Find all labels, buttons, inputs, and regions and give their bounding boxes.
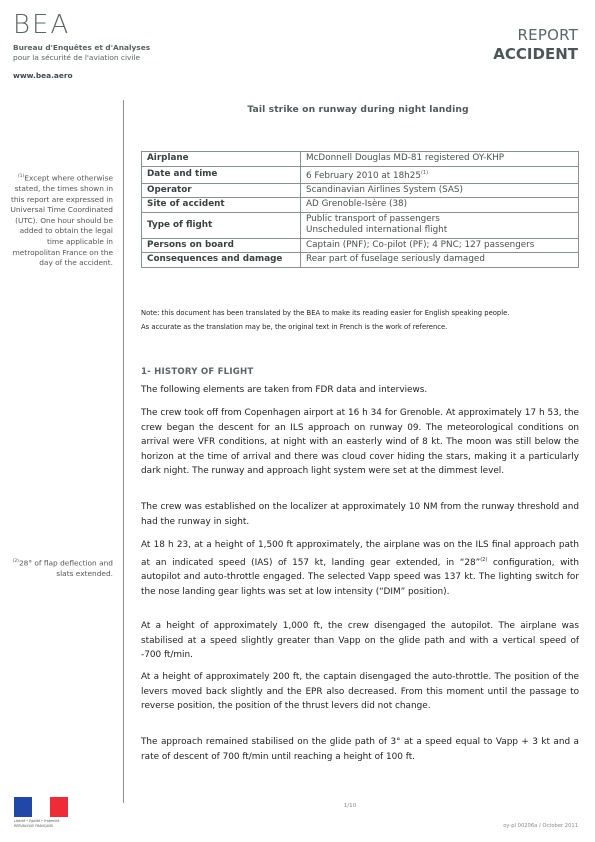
summary-table: Airplane McDonnell Douglas MD-81 registe… <box>141 151 579 268</box>
paragraph: The crew took off from Copenhagen airpor… <box>141 406 579 479</box>
paragraph: At 18 h 23, at a height of 1,500 ft appr… <box>141 538 579 599</box>
row-value: AD Grenoble-Isère (38) <box>301 198 579 213</box>
side-note-2: (2)28° of flap deflection and slats exte… <box>10 557 113 580</box>
website-link[interactable]: www.bea.aero <box>13 71 73 80</box>
table-row: Airplane McDonnell Douglas MD-81 registe… <box>142 152 579 167</box>
value-line-2: Unscheduled international flight <box>306 225 447 235</box>
document-title: Tail strike on runway during night landi… <box>138 104 578 115</box>
row-key: Operator <box>142 183 301 198</box>
paragraph: The following elements are taken from FD… <box>141 383 579 398</box>
report-type: ACCIDENT <box>493 45 578 63</box>
table-row: Consequences and damage Rear part of fus… <box>142 253 579 268</box>
row-value: 6 February 2010 at 18h25(1) <box>301 166 579 183</box>
row-key: Site of accident <box>142 198 301 213</box>
note-line-2: As accurate as the translation may be, t… <box>141 320 581 334</box>
flag-blue-band <box>14 797 32 817</box>
row-key: Date and time <box>142 166 301 183</box>
org-name: Bureau d'Enquêtes et d'Analyses <box>13 43 150 52</box>
document-reference: oy-pl 00206a / October 2011 <box>503 823 578 829</box>
bea-logo: BEA <box>13 10 70 40</box>
paragraph: At a height of approximately 1,000 ft, t… <box>141 619 579 663</box>
flag-white-band <box>32 797 50 817</box>
paragraph: The crew was established on the localize… <box>141 500 579 529</box>
row-value: Captain (PNF); Co-pilot (PF); 4 PNC; 127… <box>301 238 579 253</box>
side-note-text: 28° of flap deflection and slats extende… <box>19 558 113 578</box>
row-key: Airplane <box>142 152 301 167</box>
row-key: Persons on board <box>142 238 301 253</box>
flag-red-band <box>50 797 68 817</box>
value-line-1: Public transport of passengers <box>306 214 440 224</box>
page-number: 1/10 <box>270 803 430 809</box>
french-republic-logo <box>14 797 68 817</box>
table-row: Site of accident AD Grenoble-Isère (38) <box>142 198 579 213</box>
row-value: Rear part of fuselage seriously damaged <box>301 253 579 268</box>
report-label: REPORT <box>518 26 578 44</box>
table-row: Operator Scandinavian Airlines System (S… <box>142 183 579 198</box>
table-row: Date and time 6 February 2010 at 18h25(1… <box>142 166 579 183</box>
margin-divider <box>123 100 124 803</box>
footnote-ref: (1) <box>421 170 428 176</box>
row-value: Scandinavian Airlines System (SAS) <box>301 183 579 198</box>
table-row: Type of flight Public transport of passe… <box>142 212 579 238</box>
row-key: Consequences and damage <box>142 253 301 268</box>
note-line-1: Note: this document has been translated … <box>141 306 581 320</box>
flag-caption: Liberté • Égalité • Fraternité RÉPUBLIQU… <box>14 819 70 828</box>
paragraph: The approach remained stabilised on the … <box>141 735 579 764</box>
section-heading: 1- HISTORY OF FLIGHT <box>141 367 253 377</box>
row-value: McDonnell Douglas MD-81 registered OY-KH… <box>301 152 579 167</box>
row-value: Public transport of passengersUnschedule… <box>301 212 579 238</box>
side-note-1: (1)Except where otherwise stated, the ti… <box>10 172 113 269</box>
org-tagline: pour la sécurité de l'aviation civile <box>13 53 140 62</box>
translation-note: Note: this document has been translated … <box>141 306 581 334</box>
table-row: Persons on board Captain (PNF); Co-pilot… <box>142 238 579 253</box>
paragraph: At a height of approximately 200 ft, the… <box>141 670 579 714</box>
date-value: 6 February 2010 at 18h25 <box>306 170 421 180</box>
side-note-text: Except where otherwise stated, the times… <box>10 173 113 267</box>
row-key: Type of flight <box>142 212 301 238</box>
